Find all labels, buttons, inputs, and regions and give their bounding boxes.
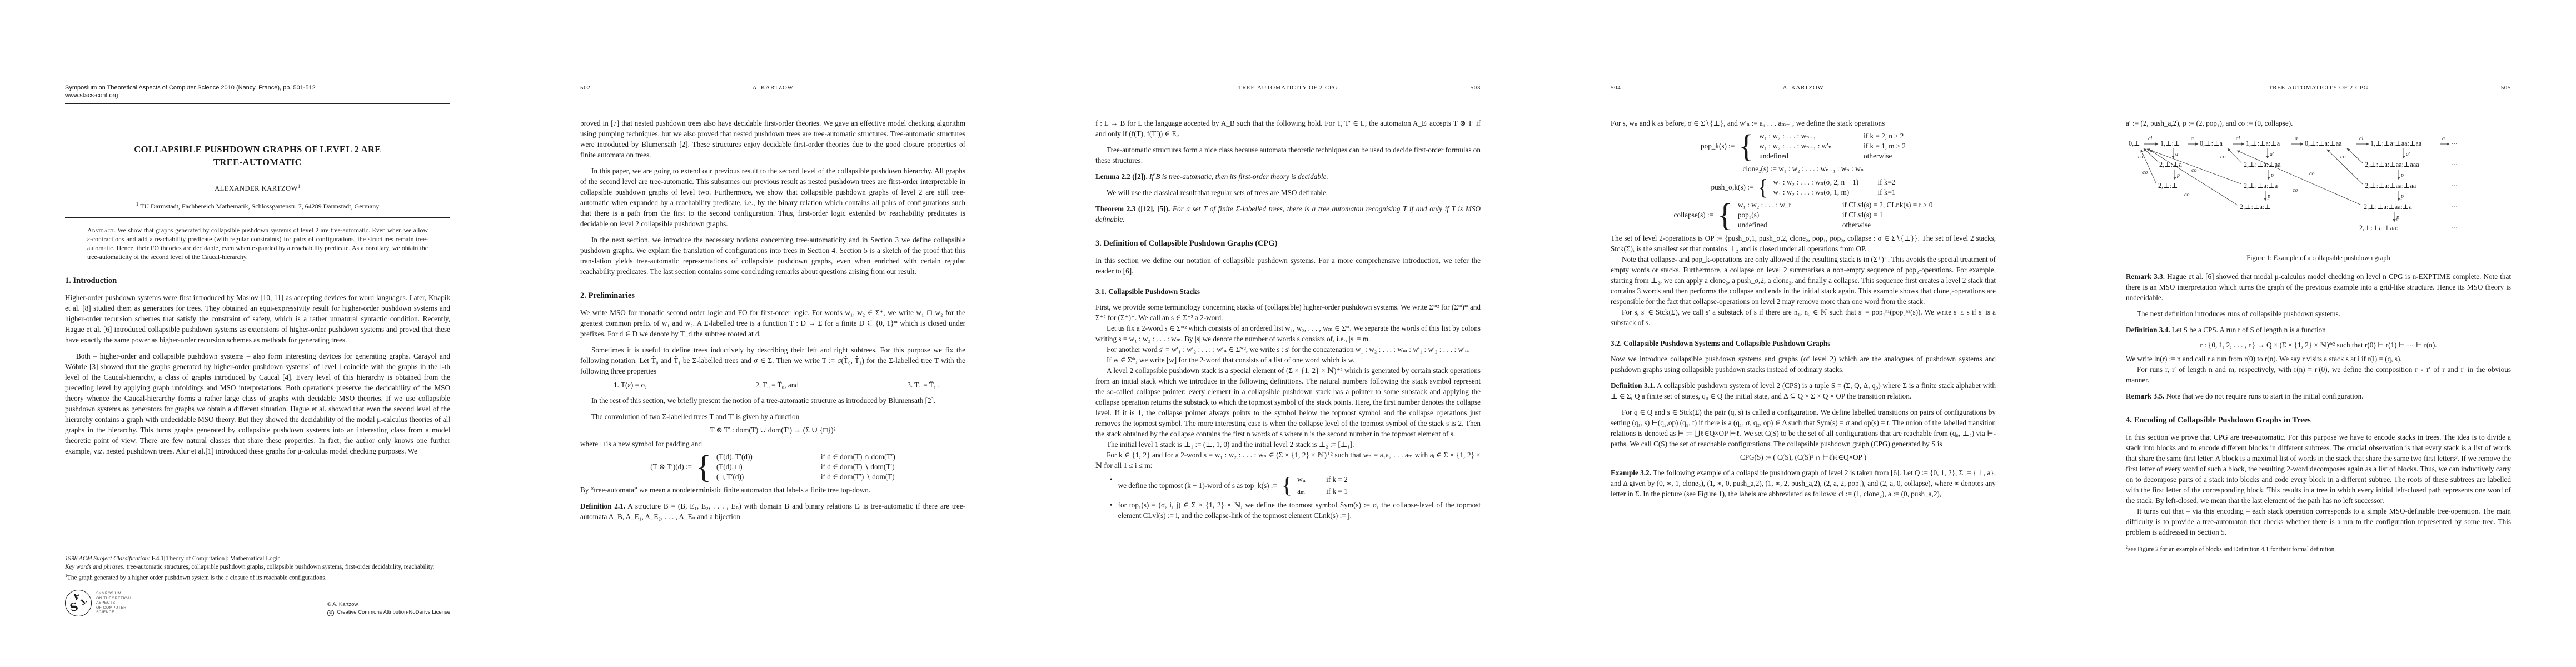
page1-footer: 1998 ACM Subject Classification: F.4.1[T…: [65, 552, 450, 616]
graph-node: 2,⊥:⊥a:⊥aa:⊥: [2359, 224, 2404, 232]
svg-text:co: co: [2184, 192, 2189, 198]
paragraph: In the next section, we introduce the ne…: [580, 235, 965, 277]
author-name: ALEXANDER KARTZOW1: [65, 183, 450, 193]
running-title: TREE-AUTOMATICITY OF 2-CPG: [2159, 84, 2478, 91]
theorem-2-3: Theorem 2.3 ([12], [5]). For a set T of …: [1095, 203, 1481, 225]
svg-text:co: co: [2340, 154, 2345, 160]
graph-node: ⋯: [2451, 140, 2458, 148]
graph-node: 0,⊥:⊥a: [2200, 140, 2223, 148]
paper-spread: arXiv:0912.4110v2 [math.LO] 3 Feb 2010 S…: [0, 0, 2576, 667]
graph-node: 0,⊥: [2129, 140, 2140, 148]
bullet-topmost-symbol: • for top₁(s) = (σ, i, j) ∈ Σ × {1, 2} ×…: [1110, 500, 1481, 521]
section-3-heading: 3. Definition of Collapsible Pushdown Gr…: [1095, 239, 1481, 248]
run-equation: r : {0, 1, 2, . . . , n} → Q × (Σ × {1, …: [2126, 341, 2511, 350]
page-number: 504: [1611, 84, 1644, 91]
definition-2-1: Definition 2.1. A structure B = (B, E₁, …: [580, 501, 965, 522]
copyright-line: © A. Kartzow: [327, 601, 450, 609]
bullet-marker: •: [1110, 500, 1113, 521]
running-head: TREE-AUTOMATICITY OF 2-CPG 505: [2126, 84, 2511, 91]
definition-3-4: Definition 3.4. Let S be a CPS. A run r …: [2126, 325, 2511, 335]
paragraph: In this section we define our notation o…: [1095, 255, 1481, 276]
section-4-heading: 4. Encoding of Collapsible Pushdown Grap…: [2126, 416, 2511, 425]
section-3-2-heading: 3.2. Collapsible Pushdown Systems and Co…: [1611, 339, 1996, 348]
svg-text:p: p: [2396, 215, 2399, 221]
bullet-marker: •: [1110, 474, 1113, 496]
conference-line: Symposium on Theoretical Aspects of Comp…: [65, 84, 450, 92]
svg-text:co: co: [2142, 170, 2148, 176]
svg-text:cl: cl: [2148, 136, 2152, 142]
running-title: A. KARTZOW: [614, 84, 932, 91]
paragraph: For k ∈ {1, 2} and for a 2-word s = w₁ :…: [1095, 450, 1481, 471]
graph-node: ⋯: [2451, 161, 2458, 169]
author-affiliation: 1 TU Darmstadt, Fachbereich Mathematik, …: [65, 201, 450, 211]
figure-1-graph: cl a cl a cl a a′: [2126, 134, 2511, 250]
paragraph: f : L → B for L the language accepted by…: [1095, 118, 1481, 139]
svg-text:p: p: [2400, 172, 2404, 178]
stacs-logo-row: ATS SYMPOSIUM ON THEORETICAL ASPECTS OF …: [65, 590, 132, 616]
brace: {: [1757, 177, 1768, 197]
conference-url: www.stacs-conf.org: [65, 92, 450, 100]
paragraph: In this paper, we are going to extend ou…: [580, 166, 965, 229]
page-2: 502 A. KARTZOW proved in [7] that nested…: [515, 0, 1030, 667]
running-head: 502 A. KARTZOW: [580, 84, 965, 91]
svg-text:cl: cl: [2359, 136, 2363, 142]
paragraph: The set of level 2-operations is OP := {…: [1611, 233, 1996, 254]
paragraph: By “tree-automata” we mean a nondetermin…: [580, 485, 965, 495]
paragraph: Sometimes it is useful to define trees i…: [580, 345, 965, 376]
paragraph: Tree-automatic structures form a nice cl…: [1095, 145, 1481, 166]
page-number: 505: [2478, 84, 2511, 91]
svg-text:a′: a′: [2270, 151, 2274, 157]
license-block: © A. Kartzow ccCreative Commons Attribut…: [327, 601, 450, 617]
acm-classification: 1998 ACM Subject Classification: F.4.1[T…: [65, 555, 450, 563]
conference-header: Symposium on Theoretical Aspects of Comp…: [65, 84, 450, 100]
page-1: Symposium on Theoretical Aspects of Comp…: [0, 0, 515, 667]
paragraph: For q ∈ Q and s ∈ Stck(Σ) the pair (q, s…: [1611, 407, 1996, 449]
brace: {: [1282, 475, 1292, 495]
svg-text:co: co: [2191, 167, 2196, 173]
pop-operation-cases: pop_k(s) := { w₁ : w₂ : . . . : wₙ₋₁if k…: [1611, 132, 1996, 161]
paragraph: where □ is a new symbol for padding and: [580, 439, 965, 449]
collapse-operation-cases: collapse(s) := { w₁ : w₂ : . . . : w_rif…: [1611, 201, 1996, 230]
lemma-2-2: Lemma 2.2 ([2]). If B is tree-automatic,…: [1095, 171, 1481, 182]
property-list: 1. T(ε) = σ, 2. T₀ = T̂₀, and 3. T₁ = T̂…: [614, 381, 940, 390]
section-3-1-heading: 3.1. Collapsible Pushdown Stacks: [1095, 287, 1481, 296]
convolution-cases: (T ⊗ T′)(d) := { (T(d), T′(d))if d ∈ dom…: [580, 452, 965, 481]
svg-text:p: p: [2270, 172, 2274, 178]
cc-icon: cc: [327, 610, 334, 616]
paragraph: We will use the classical result that re…: [1095, 187, 1481, 198]
svg-text:co: co: [2309, 171, 2314, 177]
footnote-1: 1The graph generated by a higher-order p…: [65, 573, 450, 582]
abstract-label: Abstract.: [87, 226, 116, 234]
page-3: TREE-AUTOMATICITY OF 2-CPG 503 f : L → B…: [1030, 0, 1546, 667]
graph-node: 1,⊥:⊥a:⊥a: [2246, 140, 2280, 148]
paragraph: The initial level 1 stack is ⊥₁ := (⊥, 1…: [1095, 439, 1481, 450]
paragraph: First, we provide some terminology conce…: [1095, 302, 1481, 323]
svg-text:p: p: [2267, 193, 2270, 200]
stacs-logo-icon: ATS: [65, 590, 92, 616]
paragraph: For another word s′ = w′₁ : w′₂ : . . . …: [1095, 344, 1481, 355]
paragraph: For s, s′ ∈ Stck(Σ), we call s′ a substa…: [1611, 307, 1996, 328]
cpg-equation: CPG(S) := ( C(S), (C(S)² ∩ ⊢ℓ)ℓ∈Q×OP ): [1611, 453, 1996, 462]
paragraph: We write ln(r) := n and call r a run fro…: [2126, 354, 2511, 364]
graph-node: ⋯: [2451, 203, 2458, 211]
graph-node: 2,⊥:⊥a:⊥: [2240, 203, 2271, 211]
graph-node: ⋯: [2451, 182, 2458, 190]
bullet-topmost-word: • we define the topmost (k − 1)-word of …: [1110, 474, 1481, 496]
page-4: 504 A. KARTZOW For s, wₙ and k as before…: [1546, 0, 2061, 667]
paragraph: In the rest of this section, we briefly …: [580, 395, 965, 406]
header-rule: [65, 103, 450, 104]
page-number: 503: [1447, 84, 1481, 91]
svg-text:a: a: [2295, 136, 2298, 142]
svg-text:p: p: [2400, 193, 2404, 200]
paragraph: Higher-order pushdown systems were first…: [65, 292, 450, 345]
running-title: A. KARTZOW: [1644, 84, 1962, 91]
paragraph: It turns out that – via this encoding – …: [2126, 506, 2511, 537]
graph-node: ⋯: [2451, 224, 2458, 232]
paragraph: In this section we prove that CPG are tr…: [2126, 432, 2511, 506]
paragraph: A level 2 collapsible pushdown stack is …: [1095, 365, 1481, 439]
definition-3-1: Definition 3.1. A collapsible pushdown s…: [1611, 380, 1996, 401]
section-2-heading: 2. Preliminaries: [580, 291, 965, 301]
paragraph: For runs r, r′ of length n and m, respec…: [2126, 364, 2511, 385]
footnote-2: 2see Figure 2 for an example of blocks a…: [2126, 545, 2511, 554]
graph-node: 1,⊥:⊥: [2160, 140, 2180, 148]
graph-node: 2,⊥:⊥a:⊥a: [2244, 182, 2278, 190]
running-title: TREE-AUTOMATICITY OF 2-CPG: [1129, 84, 1447, 91]
paragraph: proved in [7] that nested pushdown trees…: [580, 118, 965, 160]
running-head: 504 A. KARTZOW: [1611, 84, 1996, 91]
page-number: 502: [580, 84, 614, 91]
license-line: ccCreative Commons Attribution-NoDerivs …: [327, 609, 450, 616]
paragraph: We write MSO for monadic second order lo…: [580, 307, 965, 339]
paragraph: If w ∈ Σ*, we write [w] for the 2-word t…: [1095, 355, 1481, 365]
paragraph: a′ := (2, push_a,2), p := (2, pop₁), and…: [2126, 118, 2511, 128]
push-operation-cases: push_σ,k(s) := { w₁ : w₂ : . . . : wₙ(σ,…: [1611, 177, 1996, 197]
svg-text:a′: a′: [2406, 151, 2410, 157]
svg-text:co: co: [2138, 154, 2143, 160]
svg-text:a′: a′: [2175, 151, 2180, 157]
clone-operation-equation: clone₂(s) := w₁ : w₂ : . . . : wₙ₋₁ : wₙ…: [1611, 165, 1996, 173]
graph-node: 2,⊥:⊥a:⊥aa: [2244, 161, 2281, 169]
brace: {: [1717, 201, 1733, 230]
remark-3-5: Remark 3.5. Note that we do not require …: [2126, 391, 2511, 401]
paragraph: Let us fix a 2-word s ∈ Σ*² which consis…: [1095, 323, 1481, 344]
graph-node: 2,⊥:⊥a: [2159, 161, 2182, 169]
graph-node: 0,⊥:⊥a:⊥aa: [2305, 140, 2342, 148]
paper-title: COLLAPSIBLE PUSHDOWN GRAPHS OF LEVEL 2 A…: [65, 143, 450, 170]
paragraph: For s, wₙ and k as before, σ ∈ Σ∖{⊥}, an…: [1611, 118, 1996, 128]
paragraph: The convolution of two Σ-labelled trees …: [580, 411, 965, 422]
paragraph: The next definition introduces runs of c…: [2126, 308, 2511, 319]
remark-3-3: Remark 3.3. Hague et al. [6] showed that…: [2126, 271, 2511, 303]
svg-text:co: co: [2220, 154, 2225, 160]
stacs-logo-text: SYMPOSIUM ON THEORETICAL ASPECTS OF COMP…: [96, 591, 132, 615]
graph-node: 2,⊥:⊥: [2158, 182, 2178, 190]
title-rule: [65, 217, 450, 218]
footnote-rule: [65, 552, 148, 552]
svg-text:a: a: [2191, 136, 2194, 142]
section-1-heading: 1. Introduction: [65, 276, 450, 286]
brace: {: [696, 452, 711, 481]
page-5: TREE-AUTOMATICITY OF 2-CPG 505 a′ := (2,…: [2061, 0, 2576, 667]
graph-node: 2,⊥:⊥a:⊥aa:⊥aa: [2365, 182, 2416, 190]
paragraph: Now we introduce collapsible pushdown sy…: [1611, 354, 1996, 375]
svg-text:co: co: [2293, 187, 2298, 193]
example-3-2: Example 3.2. The following example of a …: [1611, 467, 1996, 499]
graph-node: 2,⊥:⊥a:⊥aa:⊥aaa: [2365, 161, 2419, 169]
graph-node: 2,⊥:⊥a:⊥aa:⊥a: [2364, 203, 2412, 211]
convolution-equation: T ⊗ T′ : dom(T) ∪ dom(T′) → (Σ ∪ {□})²: [580, 426, 965, 435]
brace: {: [1738, 132, 1754, 161]
keywords: Key words and phrases: tree-automatic st…: [65, 563, 450, 571]
running-head: TREE-AUTOMATICITY OF 2-CPG 503: [1095, 84, 1481, 91]
svg-text:p: p: [2176, 172, 2180, 178]
svg-text:cl: cl: [2236, 136, 2240, 142]
abstract: Abstract. We show that graphs generated …: [87, 226, 428, 262]
svg-text:a: a: [2442, 136, 2445, 142]
graph-node: 1,⊥:⊥a:⊥aa:⊥aa: [2370, 140, 2421, 148]
figure-1-caption: Figure 1: Example of a collapsible pushd…: [2126, 254, 2511, 262]
paragraph: Both – higher-order and collapsible push…: [65, 351, 450, 456]
paragraph: Note that collapse- and pop_k-operations…: [1611, 254, 1996, 307]
footnote-rule: [2126, 542, 2209, 542]
